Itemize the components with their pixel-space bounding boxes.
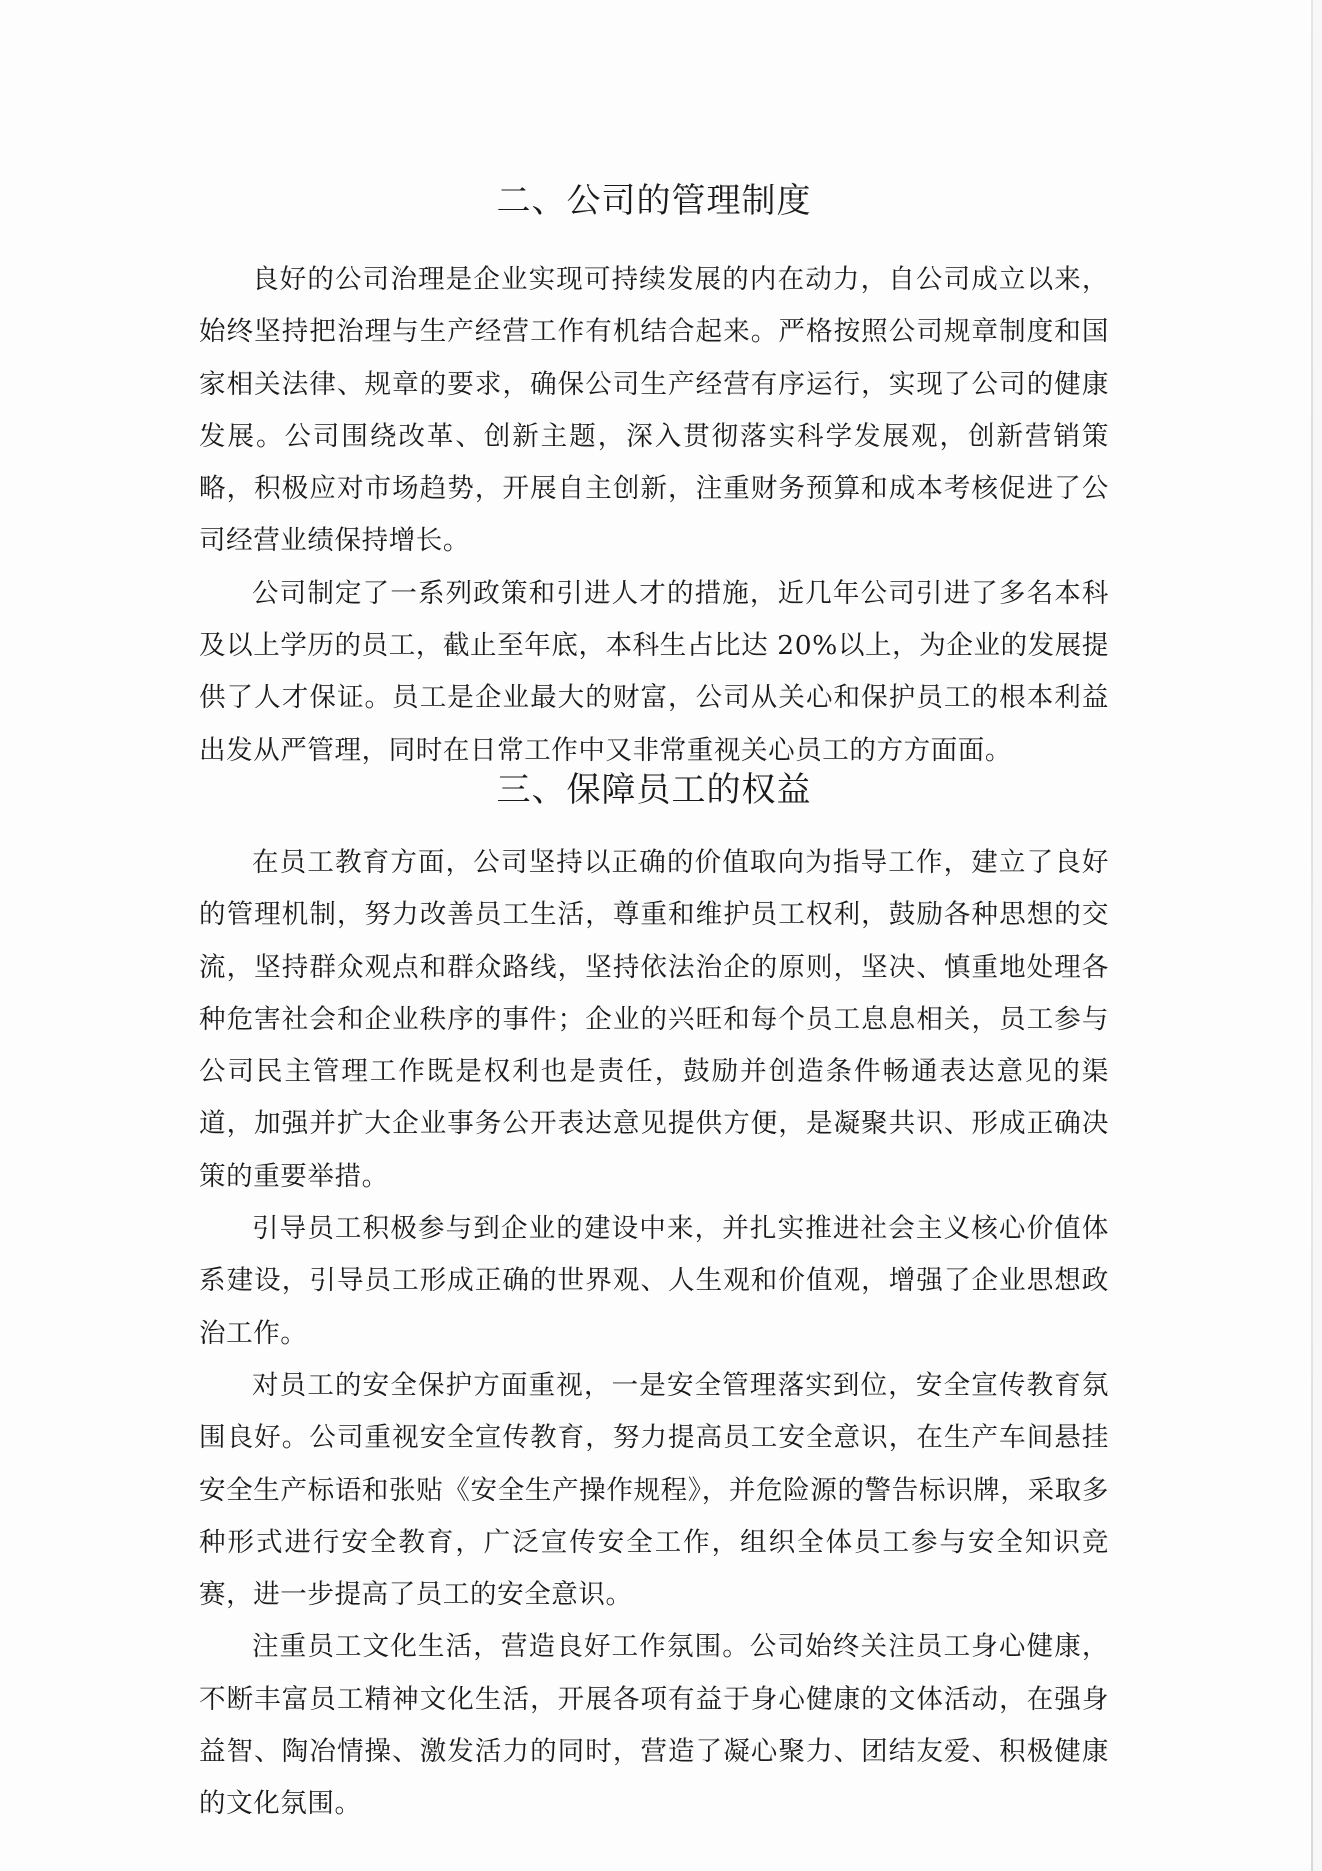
- scan-margin: [1313, 0, 1322, 1871]
- paragraph-values: 引导员工积极参与到企业的建设中来，并扎实推进社会主义核心价值体系建设，引导员工形…: [199, 1203, 1109, 1360]
- paragraph-governance: 良好的公司治理是企业实现可持续发展的内在动力，自公司成立以来，始终坚持把治理与生…: [199, 254, 1109, 568]
- paragraph-culture: 注重员工文化生活，营造良好工作氛围。公司始终关注员工身心健康，不断丰富员工精神文…: [199, 1621, 1109, 1830]
- scan-edge-line: [1311, 0, 1313, 1871]
- section-body-employee-rights: 在员工教育方面，公司坚持以正确的价值取向为指导工作，建立了良好的管理机制，努力改…: [199, 837, 1109, 1831]
- section-title-management: 二、公司的管理制度: [199, 181, 1109, 221]
- section-title-employee-rights: 三、保障员工的权益: [199, 770, 1109, 810]
- paragraph-safety: 对员工的安全保护方面重视，一是安全管理落实到位，安全宣传教育氛围良好。公司重视安…: [199, 1360, 1109, 1621]
- paragraph-talent: 公司制定了一系列政策和引进人才的措施，近几年公司引进了多名本科及以上学历的员工，…: [199, 568, 1109, 777]
- section-body-management: 良好的公司治理是企业实现可持续发展的内在动力，自公司成立以来，始终坚持把治理与生…: [199, 254, 1109, 777]
- paragraph-education: 在员工教育方面，公司坚持以正确的价值取向为指导工作，建立了良好的管理机制，努力改…: [199, 837, 1109, 1203]
